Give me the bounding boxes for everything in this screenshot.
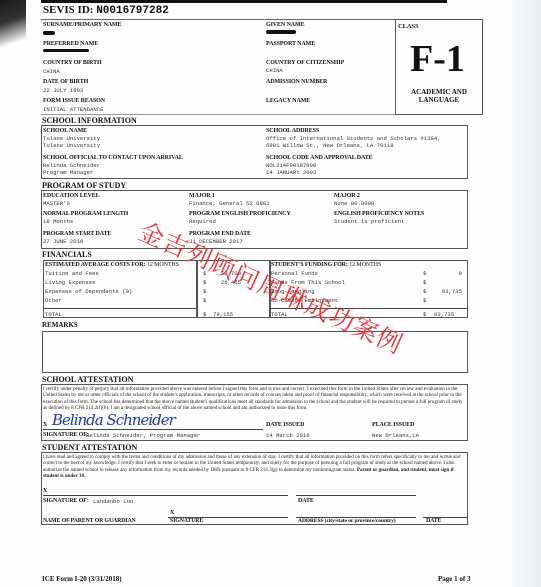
parent-sign-x: X <box>170 510 174 516</box>
school-address-line2: 6901 Willow St., New Orleans, LA 70118 <box>266 142 394 149</box>
sevis-id: SEVIS ID: N0016797282 <box>43 4 169 17</box>
personal-bottom-rule <box>41 114 447 115</box>
school-signature-of-value: Belinda Schneider, Program Manager <box>86 432 200 439</box>
school-info-title: SCHOOL INFORMATION <box>42 116 137 125</box>
redacted-surname <box>43 31 55 35</box>
school-name-value-1: Tulane University <box>43 135 100 142</box>
financials-title: FINANCIALS <box>42 250 92 259</box>
form-issue-reason-value: INITIAL ATTENDANCE <box>43 106 103 113</box>
parent-date-label: DATE <box>426 518 441 524</box>
funding-label: STUDENT'S FUNDING FOR: <box>271 262 348 268</box>
redacted-given-name <box>266 30 296 34</box>
costs-label: ESTIMATED AVERAGE COSTS FOR: <box>45 262 146 268</box>
school-sign-x: X <box>43 422 47 428</box>
class-desc-line2: LANGUAGE <box>396 96 482 104</box>
student-sign-x: X <box>43 488 47 494</box>
country-of-birth-label: COUNTRY OF BIRTH <box>43 60 102 66</box>
program-title: PROGRAM OF STUDY <box>42 181 126 190</box>
sevis-label: SEVIS ID: <box>43 4 93 16</box>
program-length-label: NORMAL PROGRAM LENGTH <box>43 211 128 217</box>
english-notes-label: ENGLISH PROFICIENCY NOTES <box>334 211 424 217</box>
cost-row-label: Other <box>45 297 62 304</box>
funding-row-amount: 0 <box>434 270 462 277</box>
funding-row-currency: $ <box>423 270 426 277</box>
parent-signature-label: SIGNATURE <box>170 518 203 524</box>
passport-name-label: PASSPORT NAME <box>266 41 315 47</box>
page-number: Page 1 of 3 <box>438 575 470 583</box>
school-attestation-text: I certify under penalty of perjury that … <box>43 386 465 411</box>
preferred-name-label: PREFERRED NAME <box>43 41 98 47</box>
place-issued-value: New Orleans,LA <box>372 432 419 439</box>
funding-row-currency: $ <box>423 279 426 286</box>
parent-name-label: NAME OF PARENT OR GUARDIAN <box>43 518 136 524</box>
viewer-gutter <box>512 0 541 587</box>
admission-number-label: ADMISSION NUMBER <box>266 79 327 85</box>
student-signature-of-label: SIGNATURE OF: <box>43 498 89 504</box>
top-rule <box>41 0 447 3</box>
major2-label: MAJOR 2 <box>334 193 360 199</box>
program-start-value: 27 JUNE 2016 <box>43 238 83 245</box>
costs-total-rule <box>43 308 197 309</box>
cost-row-label: Expenses of Dependents (0) <box>45 288 132 295</box>
funding-row-amount: 83,735 <box>434 288 462 295</box>
personal-top-rule <box>41 19 395 20</box>
date-issued-value: 14 March 2016 <box>266 432 310 439</box>
school-address-line1: Office of International Students and Sch… <box>266 135 441 142</box>
funding-total-currency: $ <box>423 311 426 318</box>
school-official-name: Belinda Schneider <box>43 162 100 169</box>
major1-value: Finance, General 52.0801 <box>189 200 270 207</box>
school-name-value-2: Tulane University <box>43 142 100 149</box>
school-name-label: SCHOOL NAME <box>43 128 87 134</box>
costs-total-label: TOTAL <box>45 311 62 318</box>
class-label: CLASS <box>398 23 418 30</box>
school-code-value: NOL214F00187000 <box>266 162 316 169</box>
education-level-value: MASTER'S <box>43 200 70 207</box>
school-official-label: SCHOOL OFFICIAL TO CONTACT UPON ARRIVAL <box>43 155 183 161</box>
student-attestation-text: I have read and agreed to comply with th… <box>43 454 465 479</box>
country-of-citizenship-label: COUNTRY OF CITIZENSHIP <box>266 60 344 66</box>
surname-label: SURNAME/PRIMARY NAME <box>43 22 121 28</box>
country-of-birth-value: CHINA <box>43 68 60 75</box>
parent-address-label: ADDRESS (city/state or province/country) <box>298 518 396 524</box>
costs-header: ESTIMATED AVERAGE COSTS FOR: 12 MONTHS <box>45 262 179 268</box>
school-official-title: Program Manager <box>43 169 93 176</box>
class-desc: ACADEMIC AND LANGUAGE <box>396 88 482 104</box>
school-official-signature: Belinda Schneider <box>52 411 175 429</box>
cost-row-label: Living Expenses <box>45 279 95 286</box>
student-date-label: DATE <box>298 498 314 504</box>
funding-total-value: 83,735 <box>434 311 454 318</box>
school-info-box <box>41 125 468 179</box>
education-level-label: EDUCATION LEVEL <box>43 193 100 199</box>
date-of-birth-value: 22 JULY 1993 <box>43 87 83 94</box>
place-issued-label: PLACE ISSUED <box>372 422 414 428</box>
funding-row-currency: $ <box>423 288 426 295</box>
date-of-birth-label: DATE OF BIRTH <box>43 79 88 85</box>
student-signature-rule <box>43 495 288 496</box>
program-length-value: 18 Months <box>43 218 73 225</box>
english-proficiency-value: Required <box>189 218 216 225</box>
remarks-title: REMARKS <box>42 321 78 329</box>
given-name-label: GIVEN NAME <box>266 22 305 28</box>
school-code-label: SCHOOL CODE AND APPROVAL DATE <box>266 155 373 161</box>
approval-date-value: 14 JANUARY 2003 <box>266 169 316 176</box>
sevis-number: N0016797282 <box>96 5 169 17</box>
english-notes-value: Student is proficient <box>334 218 405 225</box>
major2-value: None 00.0000 <box>334 200 374 207</box>
funding-period: 12 MONTHS <box>349 262 381 268</box>
class-box: CLASS F-1 ACADEMIC AND LANGUAGE <box>395 19 483 115</box>
student-signature-of-value: Landanbo Luo <box>93 498 133 505</box>
school-attestation-title: SCHOOL ATTESTATION <box>42 375 133 384</box>
funding-header: STUDENT'S FUNDING FOR: 12 MONTHS <box>271 262 381 268</box>
funding-row-currency: $ <box>423 297 426 304</box>
cost-row-label: Tuition and Fees <box>45 270 99 277</box>
class-desc-line1: ACADEMIC AND <box>396 88 482 96</box>
country-of-citizenship-value: CHINA <box>266 67 283 74</box>
school-address-label: SCHOOL ADDRESS <box>266 128 319 134</box>
scan-shadow <box>0 0 26 60</box>
english-proficiency-label: PROGRAM ENGLISH PROFICIENCY <box>189 211 291 217</box>
form-version: ICE Form I-20 (3/31/2018) <box>42 575 122 583</box>
legacy-name-label: LEGACY NAME <box>266 98 310 104</box>
class-value: F-1 <box>410 40 465 78</box>
school-signature-of-label: SIGNATURE OF: <box>43 432 89 438</box>
school-signature-rule <box>43 429 263 430</box>
major1-label: MAJOR 1 <box>189 193 215 199</box>
form-issue-reason-label: FORM ISSUE REASON <box>43 98 105 104</box>
program-start-label: PROGRAM START DATE <box>43 231 111 237</box>
student-date-rule <box>296 495 416 496</box>
student-attestation-title: STUDENT ATTESTATION <box>42 443 137 452</box>
date-issued-label: DATE ISSUED <box>266 422 304 428</box>
redacted-preferred-name <box>43 49 89 52</box>
